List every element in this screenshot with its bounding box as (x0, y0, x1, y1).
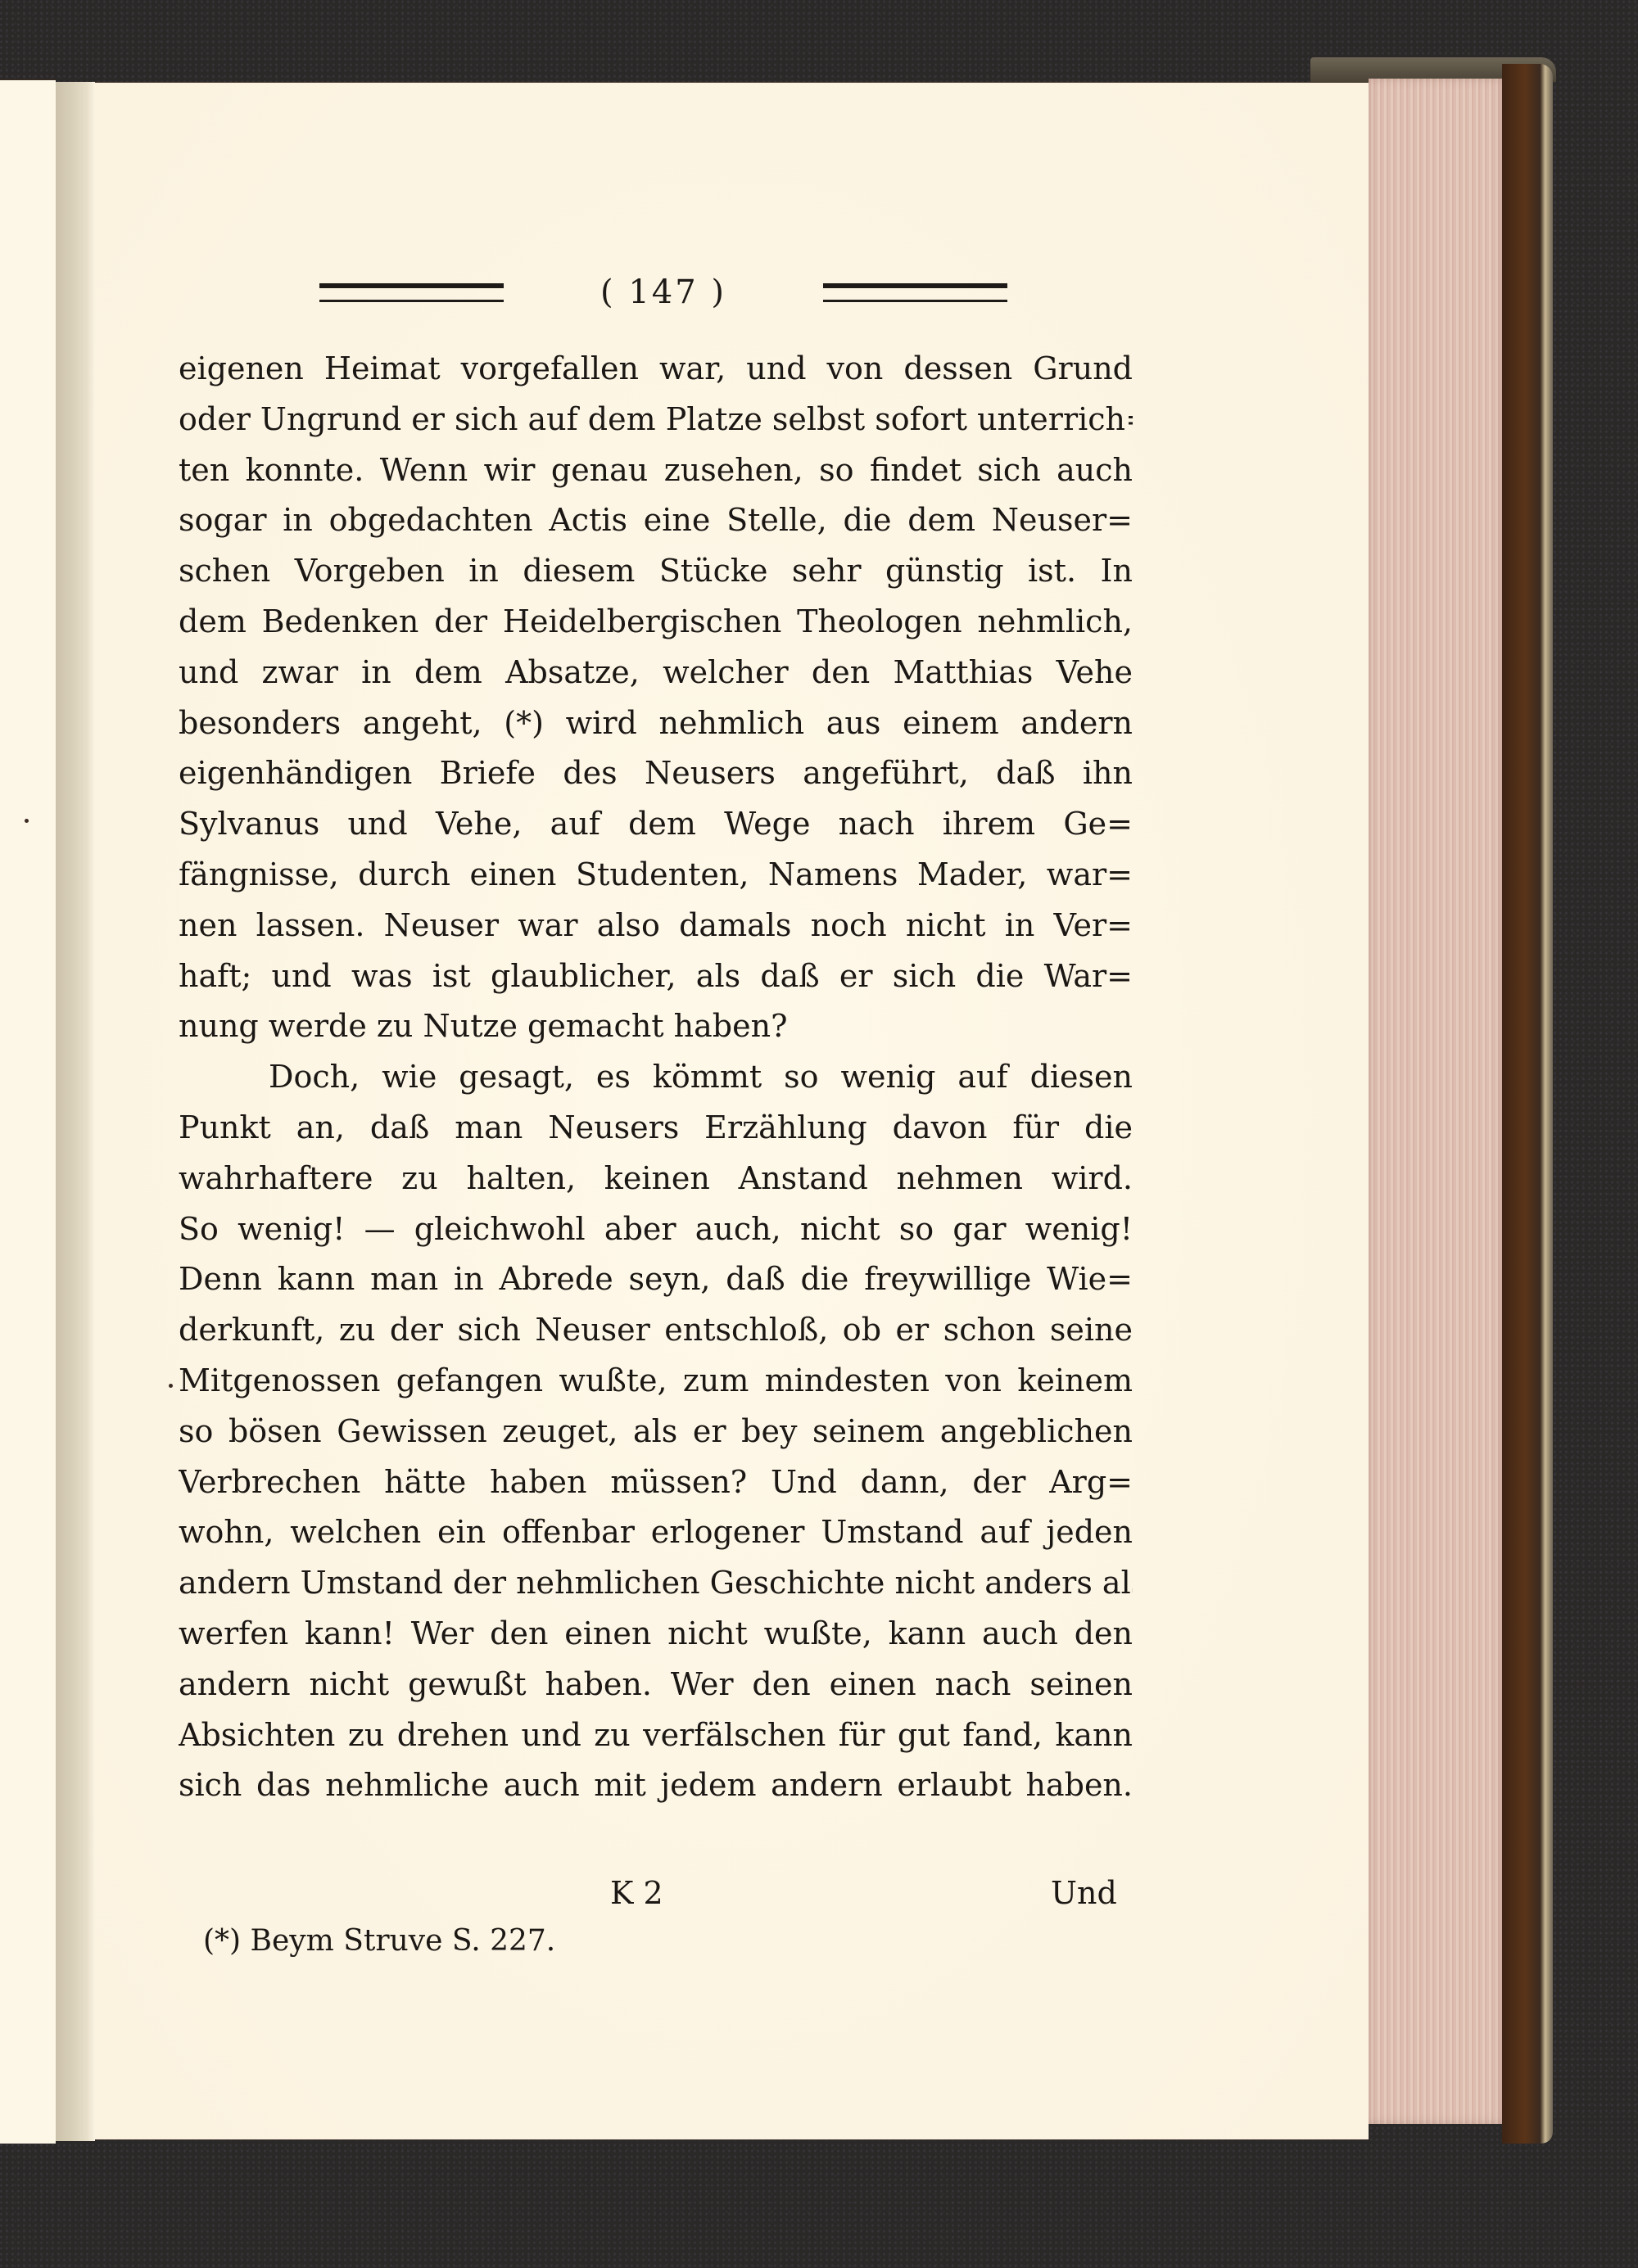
text-line: besonders angeht, (*) wird nehmlich aus … (179, 698, 1133, 749)
text-line: andern Umstand der nehmlichen Geschichte… (179, 1558, 1133, 1609)
paragraph-2: Doch, wie gesagt, es kömmt so wenig auf … (179, 1052, 1133, 1811)
running-header: ( 147 ) (319, 272, 1007, 313)
page-block-edge (1369, 79, 1502, 2124)
body-text: eigenen Heimat vorgefallen war, und von … (179, 344, 1133, 1811)
paragraph-1: eigenen Heimat vorgefallen war, und von … (179, 344, 1133, 1052)
text-line: sich das nehmliche auch mit jedem andern… (179, 1760, 1133, 1811)
text-line: sogar in obgedachten Actis eine Stelle, … (179, 495, 1133, 546)
text-line: eigenhändigen Briefe des Neusers angefüh… (179, 748, 1133, 799)
stray-ink-mark (169, 1384, 173, 1388)
text-line: oder Ungrund er sich auf dem Platze selb… (179, 395, 1133, 445)
text-line: Punkt an, daß man Neusers Erzählung davo… (179, 1103, 1133, 1154)
text-line: Verbrechen hätte haben müssen? Und dann,… (179, 1457, 1133, 1508)
text-line: werfen kann! Wer den einen nicht wußte, … (179, 1609, 1133, 1660)
text-line: haft; und was ist glaublicher, als daß e… (179, 951, 1133, 1002)
text-line: ten konnte. Wenn wir genau zusehen, so f… (179, 445, 1133, 496)
text-line: wohn, welchen ein offenbar erlogener Ums… (179, 1507, 1133, 1558)
header-rule-right (823, 283, 1007, 302)
page-number: ( 147 ) (600, 273, 726, 311)
text-line: eigenen Heimat vorgefallen war, und von … (179, 344, 1133, 395)
gutter-shadow (56, 82, 95, 2141)
text-line: Absichten zu drehen und zu verfälschen f… (179, 1710, 1133, 1761)
text-line: derkunft, zu der sich Neuser entschloß, … (179, 1305, 1133, 1356)
text-line: So wenig! — gleichwohl aber auch, nicht … (179, 1204, 1133, 1255)
text-line: schen Vorgeben in diesem Stücke sehr gün… (179, 546, 1133, 597)
text-line: nung werde zu Nutze gemacht haben? (179, 1001, 1133, 1052)
text-line: nen lassen. Neuser war also damals noch … (179, 901, 1133, 951)
header-rule-left (319, 283, 504, 302)
text-line: andern nicht gewußt haben. Wer den einen… (179, 1660, 1133, 1710)
facing-page-edge (0, 79, 56, 2144)
text-line: Mitgenossen gefangen wußte, zum mindeste… (179, 1356, 1133, 1407)
text-line: so bösen Gewissen zeuget, als er bey sei… (179, 1407, 1133, 1457)
text-line: und zwar in dem Absatze, welcher den Mat… (179, 648, 1133, 698)
text-line: wahrhaftere zu halten, keinen Anstand ne… (179, 1154, 1133, 1204)
book-scan: ( 147 ) eigenen Heimat vorgefallen war, … (0, 0, 1638, 2268)
text-line: Doch, wie gesagt, es kömmt so wenig auf … (179, 1052, 1133, 1103)
text-line: fängnisse, durch einen Studenten, Namens… (179, 850, 1133, 901)
text-line: Sylvanus und Vehe, auf dem Wege nach ihr… (179, 799, 1133, 850)
text-line: dem Bedenken der Heidelbergischen Theolo… (179, 597, 1133, 648)
footnote: (*) Beym Struve S. 227. (203, 1924, 555, 1958)
catchword: Und (1051, 1875, 1117, 1911)
text-line: Denn kann man in Abrede seyn, daß die fr… (179, 1254, 1133, 1305)
stray-ink-mark (25, 819, 29, 823)
signature-mark: K 2 (610, 1875, 663, 1911)
book-cover-binding (1502, 64, 1553, 2144)
